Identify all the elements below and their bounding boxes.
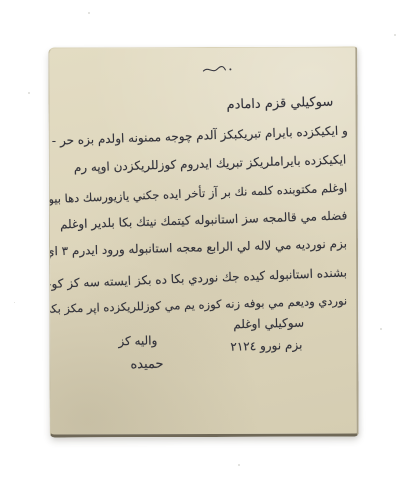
handwritten-line: نوردي وديعم مي بوفه زنه كوزه يم مي كوزلل…: [48, 294, 347, 317]
sender-role: واليه كز: [118, 333, 157, 348]
pen-flourish-icon: [201, 61, 235, 77]
handwritten-line-salutation: سوكيلي قزم دامادم: [227, 96, 334, 113]
handwritten-line: ايكيكزده بايراملريكز تبريك ايدروم كوزللر…: [73, 153, 346, 175]
dust-speck: [88, 12, 90, 14]
handwritten-line: بشنده استانبوله كيده جك نوردي بكا ده بكز…: [48, 266, 347, 292]
handwritten-line: اوغلم مكتوبنده كلمه نك بر آز تأخر ايده ج…: [48, 181, 347, 207]
photo-stage: سوكيلي قزم دامادم و ايكيكزده بايرام تبري…: [0, 0, 408, 480]
dust-speck: [14, 302, 15, 303]
dust-speck: [380, 328, 382, 330]
signature: حميده: [130, 358, 163, 373]
dust-speck: [28, 92, 30, 94]
date-line: بزم نورو ٢١٢٤: [230, 338, 302, 354]
dust-speck: [238, 464, 240, 466]
handwritten-line: بزم نورديه مي لاله لي الرابع معجه استانب…: [48, 237, 347, 259]
handwritten-line: فضله مي قالمجه سز استانبوله كيتمك نيتك ب…: [60, 209, 348, 232]
handwritten-line: و ايكيكزده بايرام تبريكبكز آلدم چوجه ممن…: [51, 124, 347, 148]
closing-salutation: سوكيلي اوغلم: [233, 316, 304, 332]
letter-paper: سوكيلي قزم دامادم و ايكيكزده بايرام تبري…: [48, 46, 358, 437]
dust-speck: [394, 34, 396, 36]
